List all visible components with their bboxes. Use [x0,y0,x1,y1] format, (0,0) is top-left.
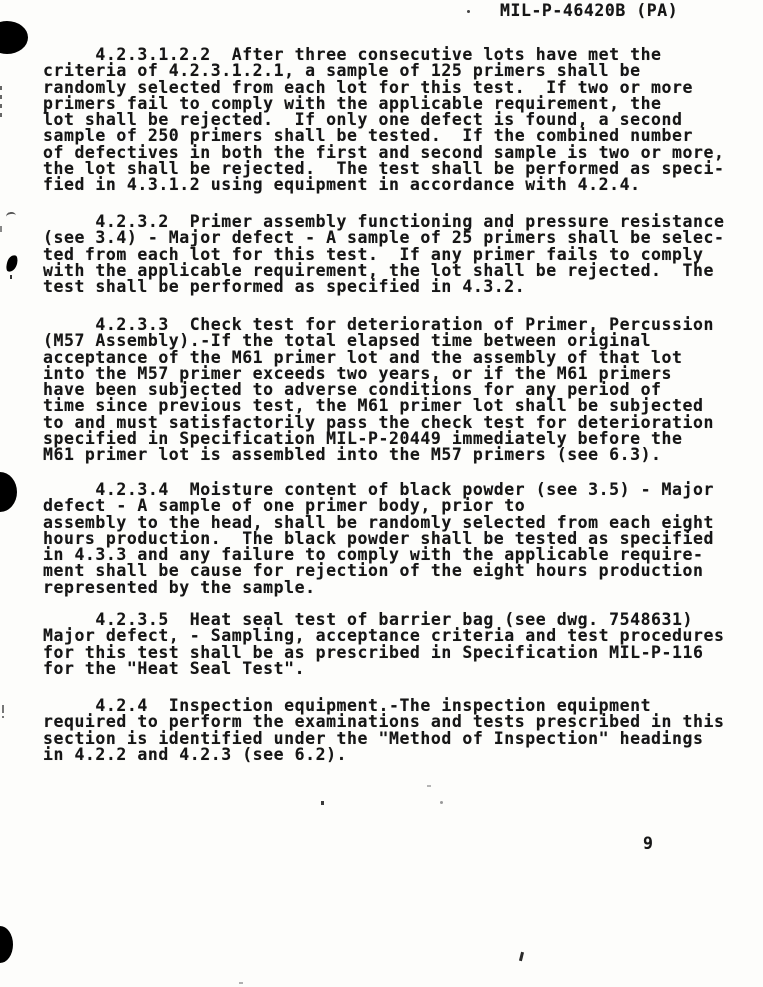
ink-blob-icon [0,21,28,54]
ink-blob-icon [0,472,17,512]
ink-speck-icon [440,801,443,804]
ink-blob-icon [0,926,13,963]
paragraph-4-2-3-4: 4.2.3.4 Moisture content of black powder… [43,482,714,596]
ink-speck-icon [10,275,12,279]
ink-speck-icon [427,785,431,787]
margin-dashes-icon [0,86,2,122]
paragraph-4-2-3-2: 4.2.3.2 Primer assembly functioning and … [43,214,724,295]
paragraph-4-2-4: 4.2.4 Inspection equipment.-The inspecti… [43,698,724,763]
paragraph-4-2-3-5: 4.2.3.5 Heat seal test of barrier bag (s… [43,612,724,677]
paragraph-4-2-3-3: 4.2.3.3 Check test for deterioration of … [43,317,714,464]
ink-speck-icon [239,982,243,984]
ink-speck-icon [321,801,324,805]
ink-speck-icon [519,952,524,961]
ink-speck-icon [0,226,2,232]
ink-speck-icon [2,716,4,718]
scanned-document-page: MIL-P-46420B (PA) 4.2.3.1.2.2 After thre… [0,0,763,987]
spec-number-header: MIL-P-46420B (PA) [500,3,678,19]
page-number: 9 [643,836,653,852]
ink-speck-icon [467,10,470,13]
ink-speck-icon [2,705,4,713]
ink-blot-icon [5,254,18,273]
paragraph-4-2-3-1-2-2: 4.2.3.1.2.2 After three consecutive lots… [43,47,724,194]
tilde-mark-icon [5,211,16,220]
